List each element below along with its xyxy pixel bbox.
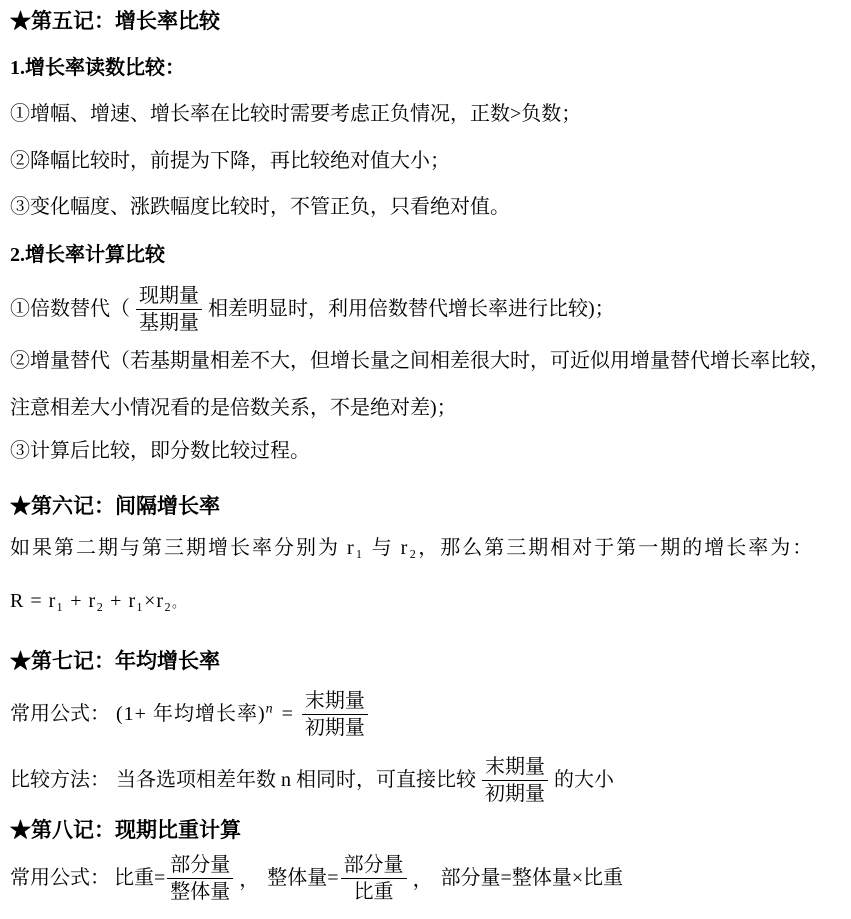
total-lhs: 整体量= — [267, 868, 338, 888]
fraction-numerator: 末期量 — [302, 690, 368, 715]
ratio-fraction: 末期量 初期量 — [482, 756, 548, 804]
fraction-denominator: 初期量 — [302, 715, 368, 738]
formula-base: (1+ 年均增长率) — [116, 703, 266, 725]
section7-heading: ★第七记：年均增长率 — [10, 650, 847, 672]
formula-lhs: (1+ 年均增长率)n = — [116, 704, 296, 724]
comma-separator: ， — [413, 870, 433, 902]
fraction-denominator: 初期量 — [482, 781, 548, 804]
proportion-formula-line: 常用公式： 比重= 部分量 整体量 ， 整体量= 部分量 比重 ， 部分量=整体… — [10, 854, 847, 902]
compare-text-post: 的大小 — [554, 770, 614, 790]
fraction-denominator: 基期量 — [136, 310, 202, 333]
formula-body: R = r₁ + r₂ + r₁×r₂ — [10, 590, 172, 612]
reading-rule-item: ②降幅比较时，前提为下降，再比较绝对值大小； — [10, 151, 847, 171]
reading-rule-item: ③变化幅度、涨跌幅度比较时，不管正负，只看绝对值。 — [10, 197, 847, 217]
rule-text-pre: ①倍数替代（ — [10, 299, 130, 319]
formula-period: 。 — [172, 595, 186, 610]
fraction-denominator: 整体量 — [167, 879, 233, 902]
calc-rule-increment-substitution-line1: ②增量替代（若基期量相差不大，但增长量之间相差很大时，可近似用增量替代增长率比较… — [10, 351, 847, 371]
section5-calculation-subheading: 2.增长率计算比较 — [10, 245, 847, 265]
exponent-n: n — [266, 701, 274, 716]
fraction-denominator: 比重 — [341, 879, 407, 902]
equals-sign: = — [282, 703, 294, 725]
fraction-numerator: 部分量 — [167, 854, 233, 879]
fraction-numerator: 现期量 — [136, 285, 202, 310]
fraction-numerator: 部分量 — [341, 854, 407, 879]
section8-heading: ★第八记：现期比重计算 — [10, 819, 847, 841]
ratio-fraction: 部分量 比重 — [341, 854, 407, 902]
formula-label: 常用公式： — [10, 704, 110, 724]
average-growth-formula-line: 常用公式： (1+ 年均增长率)n = 末期量 初期量 — [10, 690, 847, 738]
proportion-lhs: 比重= — [114, 868, 165, 888]
reading-rule-item: ①增幅、增速、增长率在比较时需要考虑正负情况，正数>负数； — [10, 104, 847, 124]
part-formula: 部分量=整体量×比重 — [441, 868, 624, 888]
section5-heading: ★第五记：增长率比较 — [10, 10, 847, 32]
interval-growth-description: 如果第二期与第三期增长率分别为 r₁ 与 r₂，那么第三期相对于第一期的增长率为… — [10, 538, 847, 558]
fraction-numerator: 末期量 — [482, 756, 548, 781]
section6-heading: ★第六记：间隔增长率 — [10, 495, 847, 517]
average-growth-compare-line: 比较方法： 当各选项相差年数 n 相同时，可直接比较 末期量 初期量 的大小 — [10, 756, 847, 804]
calc-rule-compute-compare: ③计算后比较，即分数比较过程。 — [10, 441, 847, 461]
formula-label: 常用公式： — [10, 868, 110, 888]
ratio-fraction: 现期量 基期量 — [136, 285, 202, 333]
compare-label: 比较方法： — [10, 770, 110, 790]
calc-rule-multiple-substitution: ①倍数替代（ 现期量 基期量 相差明显时，利用倍数替代增长率进行比较)； — [10, 285, 847, 333]
rule-text-post: 相差明显时，利用倍数替代增长率进行比较)； — [208, 299, 615, 319]
ratio-fraction: 末期量 初期量 — [302, 690, 368, 738]
calc-rule-increment-substitution-line2: 注意相差大小情况看的是倍数关系，不是绝对差)； — [10, 398, 847, 418]
section5-reading-subheading: 1.增长率读数比较： — [10, 58, 847, 78]
ratio-fraction: 部分量 整体量 — [167, 854, 233, 902]
comma-separator: ， — [239, 870, 259, 902]
compare-text-pre: 当各选项相差年数 n 相同时，可直接比较 — [116, 770, 476, 790]
interval-growth-formula: R = r₁ + r₂ + r₁×r₂。 — [10, 591, 847, 613]
study-notes-page: ★第五记：增长率比较 1.增长率读数比较： ①增幅、增速、增长率在比较时需要考虑… — [0, 0, 851, 919]
